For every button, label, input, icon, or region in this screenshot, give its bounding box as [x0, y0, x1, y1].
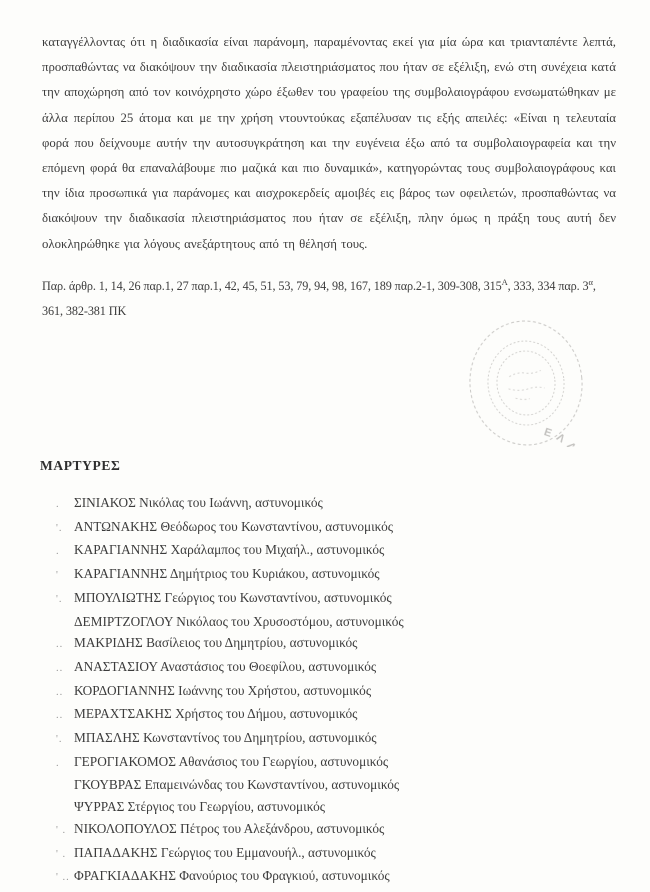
witness-name: ΜΠΟΥΛΙΩΤΗΣ Γεώργιος του Κωνσταντίνου, ασ…: [74, 587, 620, 609]
witness-name: ΜΠΑΣΛΗΣ Κωνσταντίνος του Δημητρίου, αστυ…: [74, 727, 620, 749]
witness-name: ΑΝΤΩΝΑΚΗΣ Θεόδωρος του Κωνσταντίνου, αστ…: [74, 516, 620, 538]
witness-name: ΓΕΡΟΓΙΑΚΟΜΟΣ Αθανάσιος του Γεωργίου, αστ…: [74, 751, 620, 773]
witness-marker: '.: [56, 518, 74, 540]
witness-item: '.ΑΝΤΩΝΑΚΗΣ Θεόδωρος του Κωνσταντίνου, α…: [56, 516, 620, 540]
witness-name: ΦΡΑΓΚΙΑΔΑΚΗΣ Φανούριος του Φραγκιού, αστ…: [74, 865, 620, 887]
witness-marker: '.: [56, 589, 74, 611]
witness-name: ΨΥΡΡΑΣ Στέργιος του Γεωργίου, αστυνομικό…: [74, 796, 620, 818]
witness-name: ΚΟΡΔΟΓΙΑΝΝΗΣ Ιωάννης του Χρήστου, αστυνο…: [74, 680, 620, 702]
witness-name: ΚΑΡΑΓΙΑΝΝΗΣ Δημήτριος του Κυριάκου, αστυ…: [74, 563, 620, 585]
witness-name: ΝΙΚΟΛΟΠΟΥΛΟΣ Πέτρος του Αλεξάνδρου, αστυ…: [74, 818, 620, 840]
witness-marker: ..: [56, 705, 74, 727]
witness-name: ΚΑΡΑΓΙΑΝΝΗΣ Χαράλαμπος του Μιχαήλ., αστυ…: [74, 539, 620, 561]
witness-name: ΜΕΡΑΧΤΣΑΚΗΣ Χρήστος του Δήμου, αστυνομικ…: [74, 703, 620, 725]
witness-marker: ' ..: [56, 867, 74, 889]
witness-name: ΣΙΝΙΑΚΟΣ Νικόλας του Ιωάννη, αστυνομικός: [74, 492, 620, 514]
witness-item: ' ..ΦΡΑΓΚΙΑΔΑΚΗΣ Φανούριος του Φραγκιού,…: [56, 865, 620, 889]
witness-item: .ΣΙΝΙΑΚΟΣ Νικόλας του Ιωάννη, αστυνομικό…: [56, 492, 620, 516]
witness-item: ΓΚΟΥΒΡΑΣ Επαμεινώνδας του Κωνσταντίνου, …: [56, 774, 620, 796]
document-page: καταγγέλλοντας ότι η διαδικασία είναι πα…: [0, 0, 650, 892]
witness-marker: ' .: [56, 844, 74, 866]
witness-name: ΑΝΑΣΤΑΣΙΟΥ Αναστάσιος του Θοεφίλου, αστυ…: [74, 656, 620, 678]
witness-item: .ΓΕΡΟΓΙΑΚΟΜΟΣ Αθανάσιος του Γεωργίου, ασ…: [56, 751, 620, 775]
witness-item: ΨΥΡΡΑΣ Στέργιος του Γεωργίου, αστυνομικό…: [56, 796, 620, 818]
witness-marker: ..: [56, 634, 74, 656]
witness-item: ΔΕΜΙΡΤΖΟΓΛΟΥ Νικόλαος του Χρυσοστόμου, α…: [56, 611, 620, 633]
witness-item: ..ΜΑΚΡΙΔΗΣ Βασίλειος του Δημητρίου, αστυ…: [56, 632, 620, 656]
body-paragraph: καταγγέλλοντας ότι η διαδικασία είναι πα…: [42, 30, 616, 257]
witness-name: ΔΕΜΙΡΤΖΟΓΛΟΥ Νικόλαος του Χρυσοστόμου, α…: [74, 611, 620, 633]
witness-item: '.ΜΠΟΥΛΙΩΤΗΣ Γεώργιος του Κωνσταντίνου, …: [56, 587, 620, 611]
witness-marker: ': [56, 565, 74, 587]
witnesses-heading: ΜΑΡΤΥΡΕΣ: [40, 458, 620, 474]
witness-marker: .: [56, 753, 74, 775]
stamp-illegible-center-marks: [507, 370, 546, 401]
witness-name: ΓΚΟΥΒΡΑΣ Επαμεινώνδας του Κωνσταντίνου, …: [74, 774, 620, 796]
document-body: καταγγέλλοντας ότι η διαδικασία είναι πα…: [42, 30, 616, 324]
witness-marker: ..: [56, 658, 74, 680]
official-round-stamp: ΕΛΛΗΝΙΚΗ ΔΗΜΟΚΡΑΤΙΑ: [455, 309, 597, 458]
witness-item: .ΚΑΡΑΓΙΑΝΝΗΣ Χαράλαμπος του Μιχαήλ., αστ…: [56, 539, 620, 563]
legal-citation: Παρ. άρθρ. 1, 14, 26 παρ.1, 27 παρ.1, 42…: [42, 274, 616, 324]
witness-marker: ..: [56, 682, 74, 704]
witness-item: ..ΚΟΡΔΟΓΙΑΝΝΗΣ Ιωάννης του Χρήστου, αστυ…: [56, 680, 620, 704]
witness-marker: '.: [56, 729, 74, 751]
witness-item: ..ΜΕΡΑΧΤΣΑΚΗΣ Χρήστος του Δήμου, αστυνομ…: [56, 703, 620, 727]
witness-item: '.ΜΠΑΣΛΗΣ Κωνσταντίνος του Δημητρίου, ασ…: [56, 727, 620, 751]
stamp-circular-text: ΕΛΛΗΝΙΚΗ ΔΗΜΟΚΡΑΤΙΑ: [474, 422, 597, 458]
witness-item: 'ΚΑΡΑΓΙΑΝΝΗΣ Δημήτριος του Κυριάκου, αστ…: [56, 563, 620, 587]
witness-item: ..ΑΝΑΣΤΑΣΙΟΥ Αναστάσιος του Θοεφίλου, ασ…: [56, 656, 620, 680]
witness-name: ΠΑΠΑΔΑΚΗΣ Γεώργιος του Εμμανουήλ., αστυν…: [74, 842, 620, 864]
witness-name: ΜΑΚΡΙΔΗΣ Βασίλειος του Δημητρίου, αστυνο…: [74, 632, 620, 654]
witness-marker: .: [56, 494, 74, 516]
citation-text-part2: , 333, 334 παρ. 3: [508, 279, 589, 293]
witness-item: ' .ΠΑΠΑΔΑΚΗΣ Γεώργιος του Εμμανουήλ., ασ…: [56, 842, 620, 866]
witness-marker: .: [56, 541, 74, 563]
witness-marker: ' .: [56, 820, 74, 842]
witnesses-list: .ΣΙΝΙΑΚΟΣ Νικόλας του Ιωάννη, αστυνομικό…: [56, 492, 620, 889]
citation-text-part1: Παρ. άρθρ. 1, 14, 26 παρ.1, 27 παρ.1, 42…: [42, 279, 502, 293]
round-seal-icon: ΕΛΛΗΝΙΚΗ ΔΗΜΟΚΡΑΤΙΑ: [455, 309, 597, 458]
witness-item: ' .ΝΙΚΟΛΟΠΟΥΛΟΣ Πέτρος του Αλεξάνδρου, α…: [56, 818, 620, 842]
witnesses-section: ΜΑΡΤΥΡΕΣ .ΣΙΝΙΑΚΟΣ Νικόλας του Ιωάννη, α…: [40, 458, 620, 889]
